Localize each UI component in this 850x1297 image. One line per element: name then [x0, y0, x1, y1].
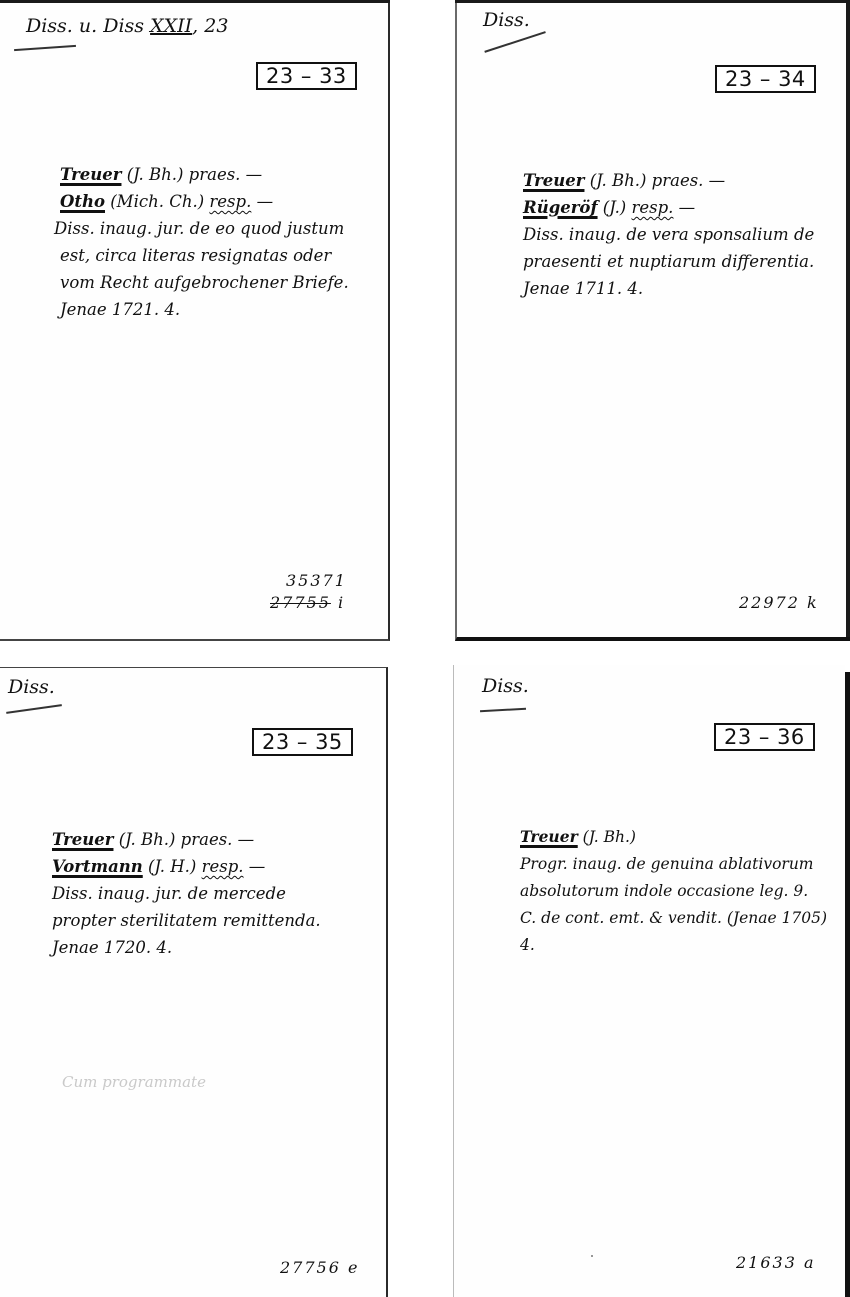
header-flourish: [6, 704, 62, 713]
respondent-initials: (J. H.): [143, 857, 202, 876]
entry-imprint-line: Jenae 1711. 4.: [523, 275, 814, 302]
author-name: Treuer: [52, 830, 113, 849]
header-note-number: , 23: [192, 15, 228, 37]
catalog-entry: Treuer (J. Bh.) praes. — Otho (Mich. Ch.…: [60, 161, 349, 323]
shelfmark-box: 23 – 36: [714, 723, 815, 751]
speck: [591, 1255, 593, 1257]
accession-suffix: e: [341, 1258, 360, 1277]
respondent-role: resp.: [209, 192, 251, 211]
header-note: Diss.: [483, 9, 530, 31]
dash: —: [673, 198, 695, 217]
header-note-series: Diss: [103, 15, 144, 37]
entry-title-line: Progr. inaug. de genuina ablativorum: [520, 851, 827, 878]
entry-author-line: Treuer (J. Bh.): [520, 823, 827, 851]
respondent-name: Vortmann: [52, 857, 143, 876]
entry-respondent-line: Vortmann (J. H.) resp. —: [52, 853, 321, 880]
entry-respondent-line: Rügeröf (J.) resp. —: [523, 194, 814, 221]
catalog-entry: Treuer (J. Bh.) Progr. inaug. de genuina…: [520, 823, 827, 959]
accession-suffix: a: [797, 1253, 816, 1272]
dash: —: [244, 857, 266, 876]
entry-title-line: vom Recht aufgebrochener Briefe.: [60, 269, 349, 296]
accession-number: 21633 a: [736, 1253, 816, 1272]
author-name: Treuer: [60, 165, 121, 184]
faint-pencil-note: Cum programmate: [62, 1073, 206, 1091]
catalog-card-23-33: Diss. u. Diss XXII, 23 23 – 33 Treuer (J…: [0, 3, 390, 641]
entry-title-line: Diss. inaug. jur. de mercede: [52, 880, 321, 907]
author-role: (J. Bh.) praes. —: [113, 830, 254, 849]
author-role: (J. Bh.) praes. —: [584, 171, 725, 190]
respondent-role: resp.: [202, 857, 244, 876]
accession-suffix: i: [331, 593, 345, 612]
shelfmark-box: 23 – 35: [252, 728, 353, 756]
accession-number: 27756 e: [280, 1258, 359, 1277]
respondent-role: resp.: [632, 198, 674, 217]
entry-title-line: Diss. inaug. de vera sponsalium de: [523, 221, 814, 248]
accession-number-current: 35371: [286, 571, 347, 590]
respondent-name: Otho: [60, 192, 105, 211]
entry-author-line: Treuer (J. Bh.) praes. —: [523, 167, 814, 194]
header-flourish: [484, 31, 545, 52]
header-note-prefix: Diss. u.: [26, 15, 97, 37]
entry-title-line: C. de cont. emt. & vendit. (Jenae 1705): [520, 905, 827, 932]
catalog-card-23-36: Diss. 23 – 36 Treuer (J. Bh.) Progr. ina…: [453, 665, 845, 1297]
entry-title-line: est, circa literas resignatas oder: [60, 242, 349, 269]
catalog-entry: Treuer (J. Bh.) praes. — Rügeröf (J.) re…: [523, 167, 814, 302]
accession-suffix: k: [800, 593, 819, 612]
shelfmark-box: 23 – 33: [256, 62, 357, 90]
entry-title-line: absolutorum indole occasione leg. 9.: [520, 878, 827, 905]
header-note: Diss. u. Diss XXII, 23: [26, 15, 228, 37]
respondent-initials: (J.): [598, 198, 632, 217]
catalog-card-23-35: Diss. 23 – 35 Treuer (J. Bh.) praes. — V…: [0, 667, 388, 1297]
dash: —: [251, 192, 273, 211]
entry-respondent-line: Otho (Mich. Ch.) resp. —: [60, 188, 349, 215]
accession-number: 22972 k: [739, 593, 819, 612]
author-name: Treuer: [523, 171, 584, 190]
author-role: (J. Bh.) praes. —: [121, 165, 262, 184]
entry-title-line: propter sterilitatem remittenda.: [52, 907, 321, 934]
shelfmark-box: 23 – 34: [715, 65, 816, 93]
header-note: Diss.: [8, 676, 55, 698]
entry-title-line: Diss. inaug. jur. de eo quod justum: [54, 215, 349, 242]
entry-imprint-line: Jenae 1721. 4.: [60, 296, 349, 323]
entry-format-line: 4.: [520, 932, 827, 959]
author-initials: (J. Bh.): [578, 828, 636, 846]
respondent-name: Rügeröf: [523, 198, 598, 217]
accession-number-struck: 27755: [270, 593, 331, 612]
header-note-volume: XXII: [150, 15, 192, 37]
author-name: Treuer: [520, 827, 578, 846]
entry-title-line: praesenti et nuptiarum differentia.: [523, 248, 814, 275]
entry-author-line: Treuer (J. Bh.) praes. —: [60, 161, 349, 188]
header-flourish: [14, 45, 76, 51]
accession-number-current: 21633: [736, 1253, 797, 1272]
accession-number-current: 22972: [739, 593, 800, 612]
header-note: Diss.: [482, 675, 529, 697]
accession-number-old: 27755 i: [270, 593, 345, 612]
catalog-entry: Treuer (J. Bh.) praes. — Vortmann (J. H.…: [52, 826, 321, 961]
catalog-card-23-34: Diss. 23 – 34 Treuer (J. Bh.) praes. — R…: [455, 3, 850, 641]
entry-imprint-line: Jenae 1720. 4.: [52, 934, 321, 961]
entry-author-line: Treuer (J. Bh.) praes. —: [52, 826, 321, 853]
respondent-initials: (Mich. Ch.): [105, 192, 209, 211]
header-flourish: [480, 708, 526, 712]
accession-number-current: 27756: [280, 1258, 341, 1277]
